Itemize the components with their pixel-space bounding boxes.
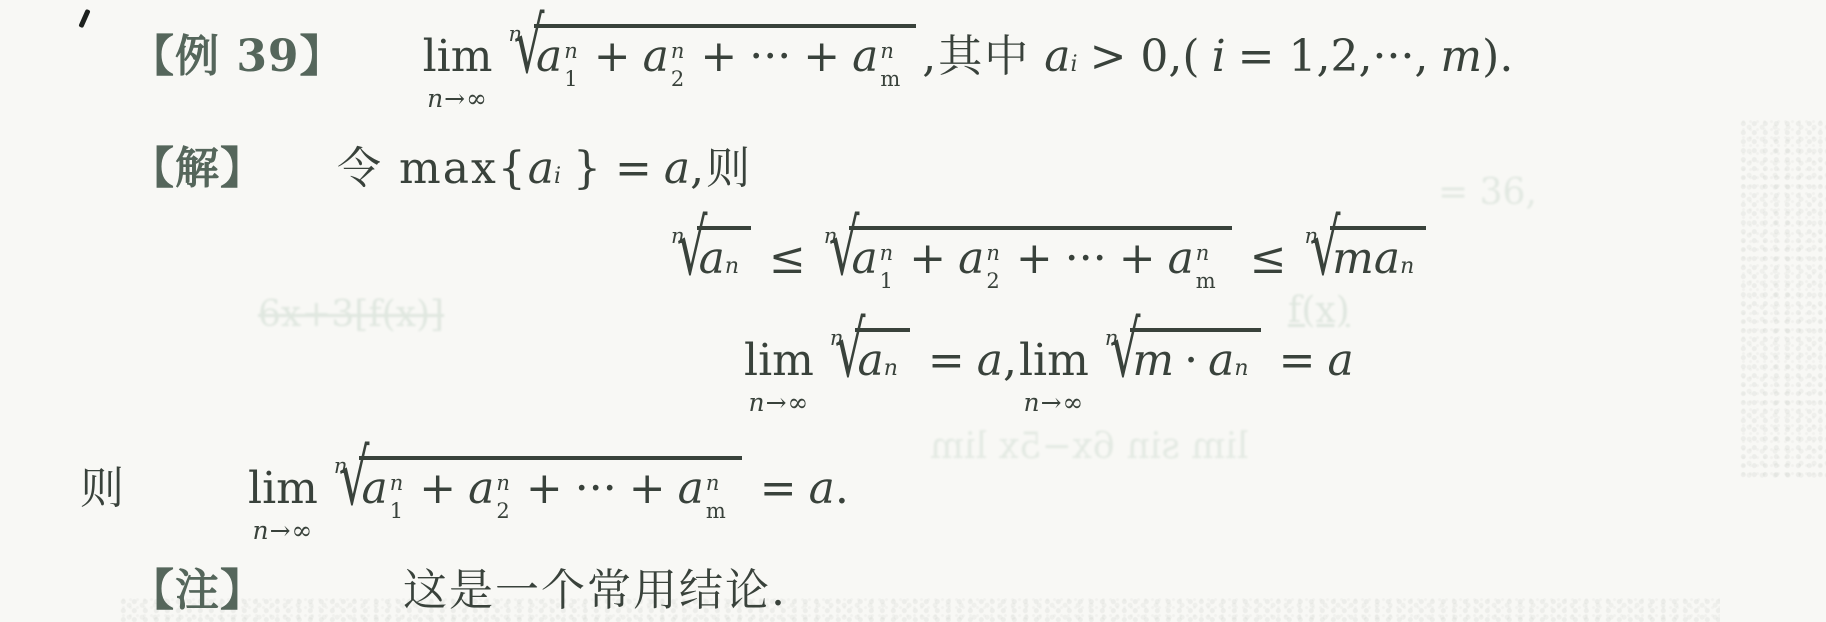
sup-sub: n1 — [390, 473, 404, 522]
then-tail: ,则 — [690, 132, 752, 196]
limit-operator: lim n→∞ — [744, 335, 814, 415]
brace-eq: } = — [573, 143, 652, 194]
sup-sub: nm — [706, 473, 726, 522]
var-a: a — [678, 464, 704, 515]
note-label: 【注】 — [130, 554, 265, 618]
var-a: a — [1327, 335, 1353, 386]
plus-op: + — [594, 32, 631, 83]
lim-word: lim — [744, 335, 814, 386]
scan-edge-mark — [78, 9, 90, 28]
root-index: n — [1305, 224, 1319, 248]
nth-root: n √ an — [830, 328, 910, 387]
leq-op: ≤ — [769, 233, 806, 284]
var-a: a — [528, 143, 554, 194]
example-line: 【例 39】 lim n→∞ n √ an1 + an2 + ··· + anm… — [130, 20, 1513, 111]
comma: , — [1003, 335, 1017, 386]
root-index: n — [830, 326, 844, 350]
root-index: n — [334, 454, 348, 478]
sub-m: m — [1196, 271, 1216, 292]
conclusion-line: 则 lim n→∞ n √ an1 + an2 + ··· + anm = a … — [80, 452, 849, 543]
radicand-sum: an1 + an2 + ··· + anm — [534, 24, 916, 103]
nth-root: n √ m · an — [1105, 328, 1261, 387]
nth-root: n √ an1 + an2 + ··· + anm — [508, 24, 916, 103]
radical-sign-icon: √ — [676, 204, 707, 293]
note-text: 这是一个常用结论. — [403, 554, 787, 618]
lim-word: lim — [423, 31, 493, 82]
limit-operator: lim n→∞ — [1019, 335, 1089, 415]
eq-op: = — [1279, 335, 1316, 386]
radicand-sum: an1 + an2 + ··· + anm — [849, 226, 1231, 305]
root-index: n — [824, 224, 838, 248]
eq-op: = — [928, 335, 965, 386]
var-m: m — [1440, 31, 1482, 82]
nth-root: n √ man — [1305, 226, 1427, 285]
sup-n: n — [671, 41, 685, 62]
sup-sub: nm — [880, 41, 900, 90]
sub-2: 2 — [496, 501, 509, 522]
sup-n: n — [986, 243, 1000, 264]
limit-operator: lim n→∞ — [423, 31, 493, 111]
radical-sign-icon: √ — [339, 434, 370, 523]
inequality-line: n √ an ≤ n √ an1 + an2 + ··· + anm ≤ n √… — [665, 226, 1432, 305]
gt-zero: > 0,( — [1090, 31, 1200, 82]
leq-op: ≤ — [1250, 233, 1287, 284]
sub-2: 2 — [986, 271, 999, 292]
sup-n: n — [564, 41, 578, 62]
plus-op: + — [1119, 234, 1156, 285]
var-a: a — [809, 463, 835, 514]
var-a: a — [643, 32, 669, 83]
period: . — [835, 463, 849, 514]
sup-n: n — [706, 473, 720, 494]
then-word: 则 — [80, 452, 126, 516]
var-a: a — [1168, 234, 1194, 285]
sub-m: m — [880, 69, 900, 90]
sup-sub: n2 — [986, 243, 1000, 292]
limit-operator: lim n→∞ — [248, 463, 318, 543]
note-line: 【注】 这是一个常用结论. — [130, 554, 787, 618]
plus-op: + — [803, 32, 840, 83]
nth-root: n √ an1 + an2 + ··· + anm — [334, 456, 742, 535]
var-a: a — [958, 234, 984, 285]
plus-op: + — [1016, 234, 1053, 285]
root-index: n — [671, 224, 685, 248]
sup-n: n — [496, 473, 510, 494]
var-a: a — [977, 335, 1003, 386]
var-a: a — [1374, 234, 1400, 285]
sup-sub: n1 — [564, 41, 578, 90]
sub-1: 1 — [390, 501, 403, 522]
radical-sign-icon: √ — [514, 2, 545, 91]
var-a: a — [664, 143, 690, 194]
limits-line: lim n→∞ n √ an = a , lim n→∞ n √ m · an … — [742, 328, 1354, 415]
radical-sign-icon: √ — [1310, 204, 1341, 293]
dot-op: · — [1184, 336, 1198, 387]
bleed-through-text: 6x+3[f(x)] — [258, 294, 444, 335]
var-a: a — [1208, 336, 1234, 387]
sub-1: 1 — [880, 271, 893, 292]
sup-sub: nm — [1196, 243, 1216, 292]
sub-m: m — [706, 501, 726, 522]
cdots: ··· — [575, 464, 617, 515]
sup-n: n — [880, 243, 894, 264]
radical-sign-icon: √ — [1110, 306, 1141, 395]
sub-2: 2 — [671, 69, 684, 90]
sup-n: n — [390, 473, 404, 494]
bleed-through-text: lim sin 6x−5x lim — [930, 426, 1248, 467]
lim-subscript: n→∞ — [1023, 390, 1084, 415]
scan-noise-right — [1740, 120, 1826, 480]
bleed-through-text: = 36, — [1438, 172, 1537, 213]
solution-line: 【解】 令 max{ ai } = a ,则 — [130, 132, 752, 196]
sup-sub: n2 — [671, 41, 685, 90]
var-a: a — [852, 32, 878, 83]
lim-subscript: n→∞ — [427, 86, 488, 111]
sub-1: 1 — [564, 69, 577, 90]
radical-sign-icon: √ — [835, 306, 866, 395]
radicand: m · an — [1130, 328, 1260, 387]
cdots: ··· — [1065, 234, 1107, 285]
plus-op: + — [700, 32, 737, 83]
sup-sub: n1 — [880, 243, 894, 292]
var-i: i — [1212, 31, 1226, 82]
index-sequence: = 1,2,···, — [1238, 31, 1429, 82]
sub-i: i — [554, 164, 561, 189]
var-a: a — [468, 464, 494, 515]
lim-word: lim — [1019, 335, 1089, 386]
plus-op: + — [909, 234, 946, 285]
cdots: ··· — [749, 32, 791, 83]
lim-word: lim — [248, 463, 318, 514]
sup-sub: n2 — [496, 473, 510, 522]
root-index: n — [1105, 326, 1119, 350]
plus-op: + — [526, 464, 563, 515]
root-index: n — [508, 22, 522, 46]
close-paren: ). — [1482, 31, 1513, 82]
nth-root: n √ an — [671, 226, 751, 285]
sup-n: n — [1196, 243, 1210, 264]
plus-op: + — [629, 464, 666, 515]
let-max: 令 max{ — [337, 132, 528, 196]
var-a: a — [1044, 31, 1070, 82]
plus-op: + — [419, 464, 456, 515]
text-qizhong: ,其中 — [922, 20, 1030, 84]
radicand: man — [1330, 226, 1426, 285]
radicand-sum: an1 + an2 + ··· + anm — [359, 456, 741, 535]
lim-subscript: n→∞ — [253, 518, 314, 543]
nth-root: n √ an1 + an2 + ··· + anm — [824, 226, 1232, 305]
eq-op: = — [760, 463, 797, 514]
sub-i: i — [1071, 52, 1078, 77]
example-label: 【例 39】 — [130, 20, 345, 84]
lim-subscript: n→∞ — [749, 390, 810, 415]
sup-n: n — [880, 41, 894, 62]
solution-label: 【解】 — [130, 132, 265, 196]
radical-sign-icon: √ — [829, 204, 860, 293]
